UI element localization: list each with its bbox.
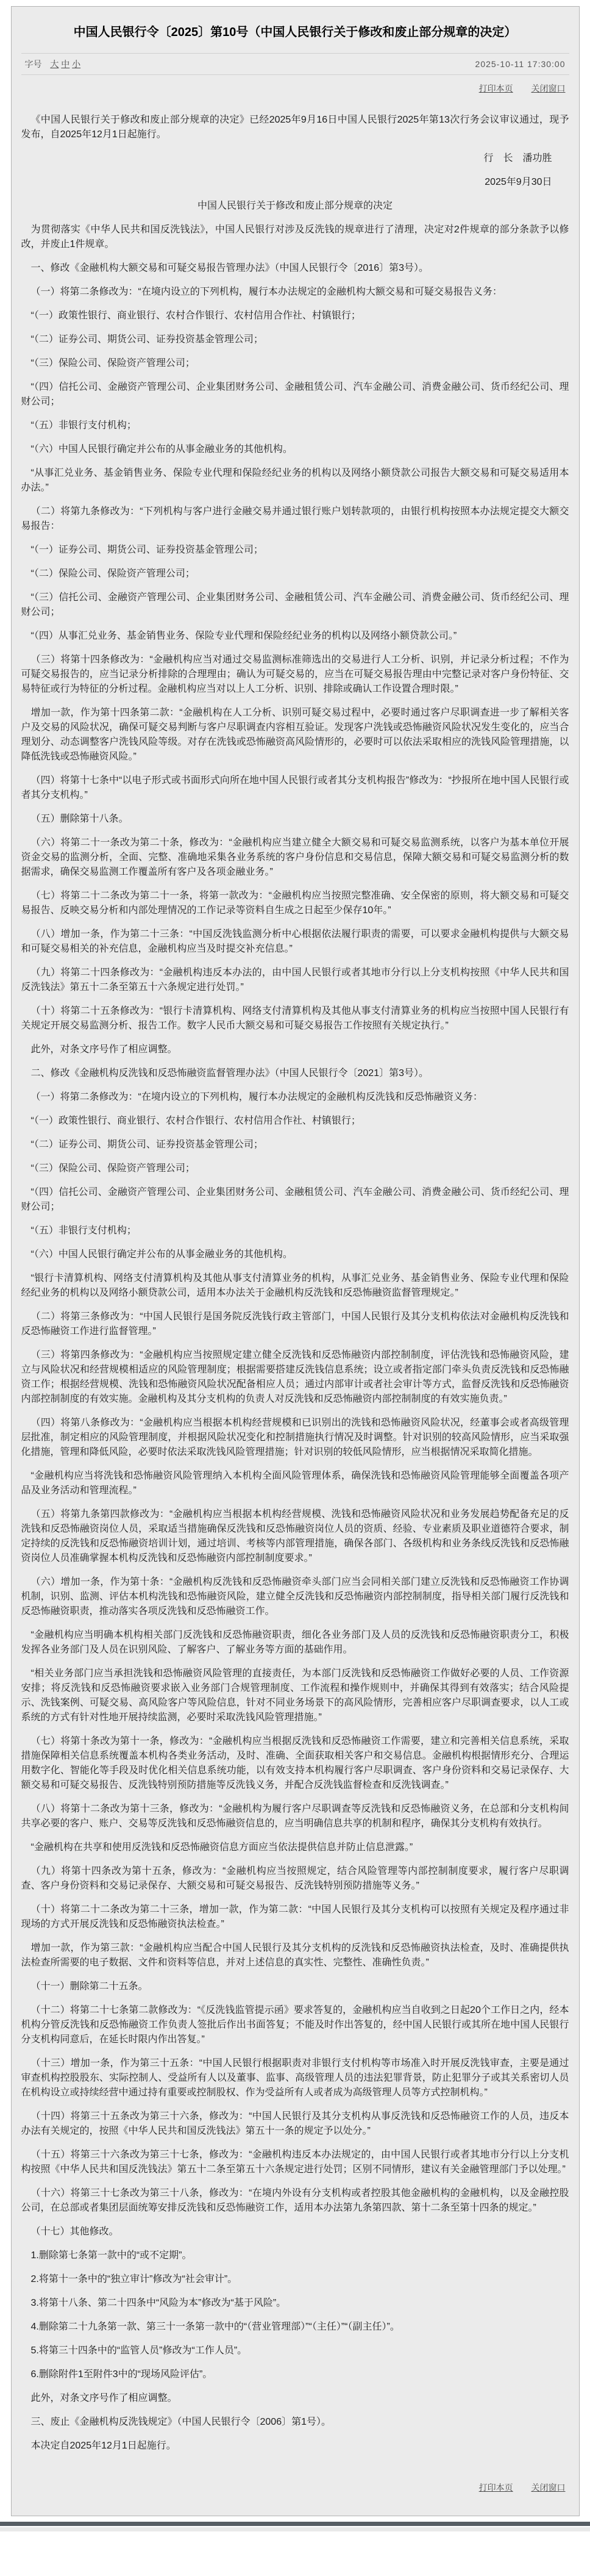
paragraph: “（四）信托公司、金融资产管理公司、企业集团财务公司、金融租赁公司、汽车金融公司… (21, 380, 569, 409)
paragraph: 6.删除附件1至附件3中的“现场风险评估”。 (21, 2367, 569, 2382)
paragraph: “（五）非银行支付机构； (21, 1224, 569, 1238)
paragraph: “相关业务部门应当承担洗钱和恐怖融资风险管理的直接责任，为本部门反洗钱和反恐怖融… (21, 1667, 569, 1725)
font-size-label: 字号 (25, 59, 42, 69)
paragraph: （十）将第二十五条修改为：“银行卡清算机构、网络支付清算机构及其他从事支付清算业… (21, 1004, 569, 1033)
font-size-large-link[interactable]: 大 (50, 59, 59, 69)
paragraph: （十七）其他修改。 (21, 2225, 569, 2239)
paragraph: 3.将第十八条、第二十四条中“风险为本”修改为“基于风险”。 (21, 2296, 569, 2311)
paragraph: 三、废止《金融机构反洗钱规定》（中国人民银行令〔2006〕第1号）。 (21, 2415, 569, 2430)
paragraph: （十）将第二十二条改为第二十三条，增加一款，作为第二款：“中国人民银行及其分支机… (21, 1903, 569, 1932)
paragraph: “（二）证券公司、期货公司、证券投资基金管理公司； (21, 332, 569, 347)
paragraph: “金融机构在共享和使用反洗钱和反恐怖融资信息方面应当依法提供信息并防止信息泄露。… (21, 1840, 569, 1855)
paragraph: （二）将第三条修改为：“中国人民银行是国务院反洗钱行政主管部门，中国人民银行及其… (21, 1310, 569, 1339)
paragraph: 此外，对条文序号作了相应调整。 (21, 2391, 569, 2406)
paragraph: “（一）政策性银行、商业银行、农村合作银行、农村信用合作社、村镇银行； (21, 1114, 569, 1128)
paragraph: “（四）从事汇兑业务、基金销售业务、保险专业代理和保险经纪业务的机构以及网络小额… (21, 629, 569, 644)
paragraph: （七）将第二十二条改为第二十一条，将第一款改为：“金融机构应当按照完整准确、安全… (21, 889, 569, 918)
paragraph: 中国人民银行关于修改和废止部分规章的决定 (21, 199, 569, 213)
paragraph: （一）将第二条修改为：“在境内设立的下列机构，履行本办法规定的金融机构反洗钱和反… (21, 1090, 569, 1105)
paragraph: （五）删除第十八条。 (21, 812, 569, 827)
paragraph: 行 长 潘功胜 (21, 151, 569, 166)
paragraph: 2.将第十一条中的“独立审计”修改为“社会审计”。 (21, 2272, 569, 2287)
paragraph: 2025年9月30日 (21, 175, 569, 190)
paragraph: “（三）保险公司、保险资产管理公司； (21, 1161, 569, 1176)
paragraph: “（三）信托公司、金融资产管理公司、企业集团财务公司、金融租赁公司、汽车金融公司… (21, 590, 569, 620)
paragraph: “（二）保险公司、保险资产管理公司； (21, 567, 569, 581)
font-size-control: 字号 大 中 小 (25, 58, 81, 70)
paragraph: （一）将第二条修改为：“在境内设立的下列机构，履行本办法规定的金融机构大额交易和… (21, 285, 569, 300)
paragraph: （十五）将第三十六条改为第三十七条，修改为：“金融机构违反本办法规定的，由中国人… (21, 2148, 569, 2177)
paragraph: （八）增加一条，作为第二十三条：“中国反洗钱监测分析中心根据依法履行职责的需要，… (21, 927, 569, 956)
paragraph: 1.删除第七条第一款中的“或不定期”。 (21, 2248, 569, 2263)
paragraph: （四）将第八条修改为：“金融机构应当根据本机构经营规模和已识别出的洗钱和恐怖融资… (21, 1416, 569, 1460)
paragraph: “金融机构应当明确本机构相关部门反洗钱和反恐怖融资职责，细化各业务部门及人员的反… (21, 1628, 569, 1657)
paragraph: （九）将第十四条改为第十五条，修改为：“金融机构应当按照规定，结合风险管理等内部… (21, 1864, 569, 1893)
paragraph: （三）将第十四条修改为：“金融机构应当对通过交易监测标准筛选出的交易进行人工分析… (21, 653, 569, 697)
paragraph: “（五）非银行支付机构； (21, 418, 569, 433)
print-page-link[interactable]: 打印本页 (479, 2483, 513, 2492)
close-window-link[interactable]: 关闭窗口 (531, 84, 566, 93)
paragraph: 为贯彻落实《中华人民共和国反洗钱法》，中国人民银行对涉及反洗钱的规章进行了清理，… (21, 223, 569, 252)
paragraph: （十二）将第二十七条第二款修改为：“《反洗钱监管提示函》要求答复的，金融机构应当… (21, 2003, 569, 2047)
page-title: 中国人民银行令〔2025〕第10号（中国人民银行关于修改和废止部分规章的决定） (12, 7, 579, 53)
paragraph: 一、修改《金融机构大额交易和可疑交易报告管理办法》（中国人民银行令〔2016〕第… (21, 261, 569, 276)
paragraph: “（一）证券公司、期货公司、证券投资基金管理公司； (21, 543, 569, 558)
paragraph: “（六）中国人民银行确定并公布的从事金融业务的其他机构。 (21, 1247, 569, 1262)
paragraph: （二）将第九条修改为：“下列机构与客户进行金融交易并通过银行账户划转款项的，由银… (21, 504, 569, 534)
paragraph: （五）将第九条第四款修改为：“金融机构应当根据本机构经营规模、洗钱和恐怖融资风险… (21, 1507, 569, 1566)
paragraph: （十一）删除第二十五条。 (21, 1979, 569, 1994)
paragraph: （七）将第十条改为第十一条，修改为：“金融机构应当根据反洗钱和反恐怖融资工作需要… (21, 1734, 569, 1793)
font-size-medium-link[interactable]: 中 (61, 59, 69, 69)
paragraph: （八）将第十二条改为第十三条，修改为：“金融机构为履行客户尽职调查等反洗钱和反恐… (21, 1802, 569, 1831)
paragraph: （十四）将第三十五条改为第三十六条，修改为：“中国人民银行及其分支机构从事反洗钱… (21, 2109, 569, 2139)
paragraph: 二、修改《金融机构反洗钱和反恐怖融资监督管理办法》（中国人民银行令〔2021〕第… (21, 1066, 569, 1081)
article-container: 中国人民银行令〔2025〕第10号（中国人民银行关于修改和废止部分规章的决定） … (11, 6, 580, 2516)
paragraph: 增加一款，作为第十四条第二款：“金融机构在人工分析、识别可疑交易过程中，必要时通… (21, 706, 569, 764)
font-size-small-link[interactable]: 小 (72, 59, 80, 69)
paragraph: 《中国人民银行关于修改和废止部分规章的决定》已经2025年9月16日中国人民银行… (21, 113, 569, 142)
paragraph: “（二）证券公司、期货公司、证券投资基金管理公司； (21, 1138, 569, 1152)
footer-strip (0, 2527, 590, 2531)
print-page-link[interactable]: 打印本页 (479, 84, 513, 93)
paragraph: “（一）政策性银行、商业银行、农村合作银行、农村信用合作社、村镇银行； (21, 309, 569, 323)
toolbar: 字号 大 中 小 2025-10-11 17:30:00 (21, 53, 569, 75)
close-window-link[interactable]: 关闭窗口 (531, 2483, 566, 2492)
paragraph: 4.删除第二十九条第一款、第三十一条第一款中的“（营业管理部）”“（主任）”“（… (21, 2320, 569, 2334)
paragraph: 此外，对条文序号作了相应调整。 (21, 1042, 569, 1057)
paragraph: （九）将第二十四条修改为：“金融机构违反本办法的，由中国人民银行或者其地市分行以… (21, 966, 569, 995)
paragraph: （十六）将第三十七条改为第三十八条，修改为：“在境内外设有分支机构或者控股其他金… (21, 2186, 569, 2215)
paragraph: 本决定自2025年12月1日起施行。 (21, 2439, 569, 2453)
paragraph: （六）将第二十一条改为第二十条，修改为：“金融机构应当建立健全大额交易和可疑交易… (21, 836, 569, 880)
paragraph: （十三）增加一条，作为第三十五条：“中国人民银行根据职责对非银行支付机构等市场准… (21, 2056, 569, 2100)
print-close-row-bottom: 打印本页 关闭窗口 (25, 2481, 566, 2494)
article-body: 《中国人民银行关于修改和废止部分规章的决定》已经2025年9月16日中国人民银行… (21, 113, 569, 2453)
paragraph: “从事汇兑业务、基金销售业务、保险专业代理和保险经纪业务的机构以及网络小额贷款公… (21, 466, 569, 495)
paragraph: “（六）中国人民银行确定并公布的从事金融业务的其他机构。 (21, 442, 569, 457)
paragraph: （三）将第四条修改为：“金融机构应当按照规定建立健全反洗钱和反恐怖融资内部控制制… (21, 1348, 569, 1407)
print-close-row-top: 打印本页 关闭窗口 (25, 82, 566, 95)
paragraph: （六）增加一条，作为第十条：“金融机构反洗钱和反恐怖融资牵头部门应当会同相关部门… (21, 1575, 569, 1619)
paragraph: “银行卡清算机构、网络支付清算机构及其他从事支付清算业务的机构，从事汇兑业务、基… (21, 1271, 569, 1301)
paragraph: 5.将第三十四条中的“监管人员”修改为“工作人员”。 (21, 2344, 569, 2358)
publish-timestamp: 2025-10-11 17:30:00 (475, 59, 566, 69)
paragraph: 增加一款，作为第三款：“金融机构应当配合中国人民银行及其分支机构的反洗钱和反恐怖… (21, 1941, 569, 1970)
paragraph: “（四）信托公司、金融资产管理公司、企业集团财务公司、金融租赁公司、汽车金融公司… (21, 1185, 569, 1214)
paragraph: “（三）保险公司、保险资产管理公司； (21, 356, 569, 371)
paragraph: “金融机构应当将洗钱和恐怖融资风险管理纳入本机构全面风险管理体系，确保洗钱和恐怖… (21, 1469, 569, 1498)
footer-divider-bar (0, 2522, 590, 2526)
paragraph: （四）将第十七条中“以电子形式或书面形式向所在地中国人民银行或者其分支机构报告”… (21, 773, 569, 803)
